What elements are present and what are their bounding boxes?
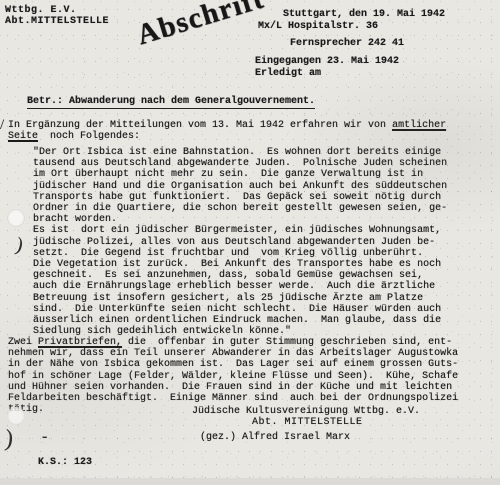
reference-address-line: Mx/L Hospitalstr. 36: [258, 21, 378, 32]
processed-stamp: Erledigt am: [255, 68, 321, 79]
abschrift-stamp: Abschrift: [133, 0, 268, 52]
pen-paren-mark-bottom: ): [4, 426, 15, 454]
scan-edge-strip: [0, 478, 500, 485]
closing-paragraph: Zwei Privatbriefen, die offenbar in gute…: [8, 337, 494, 415]
place-date-line: Stuttgart, den 19. Mai 1942: [283, 9, 445, 20]
phone-line: Fernsprecher 242 41: [290, 38, 404, 49]
letterhead-org-dept: Abt.MITTELSTELLE: [5, 16, 109, 27]
intro-paragraph: In Ergänzung der Mitteilungen vom 13. Ma…: [8, 120, 488, 142]
document-page: Wttbg. E.V. Abt.MITTELSTELLE Abschrift S…: [0, 0, 500, 485]
signature-name: (gez.) Alfred Israel Marx: [200, 432, 350, 443]
subject-text: Betr.: Abwanderung nach dem Generalgouve…: [27, 96, 315, 109]
punch-hole-bottom: [7, 407, 25, 425]
intro-text-before: In Ergänzung der Mitteilungen vom 13. Ma…: [8, 120, 392, 131]
signature-dept: Abt. MITTELSTELLE: [252, 417, 363, 428]
pen-slash-mark: /: [0, 117, 4, 134]
closing-text-underlined: Privatbriefen,: [38, 337, 122, 348]
quote-paragraph-1: "Der Ort Isbica ist eine Bahnstation. Es…: [33, 147, 447, 225]
punch-hole-top: [7, 209, 25, 227]
quoted-report-block: "Der Ort Isbica ist eine Bahnstation. Es…: [33, 147, 495, 337]
received-stamp: Eingegangen 23. Mai 1942: [255, 56, 399, 67]
quote-paragraph-2: Es ist dort ein jüdischer Bürgermeister,…: [33, 225, 441, 258]
subject-line: Betr.: Abwanderung nach dem Generalgouve…: [3, 85, 315, 119]
intro-text-after: noch Folgendes:: [38, 131, 140, 142]
signature-org: Jüdische Kultusvereinigung Wttbg. e.V.: [192, 406, 420, 417]
closing-text-after: die offenbar in guter Stimmung geschrieb…: [8, 337, 458, 415]
pen-dash-mark: -: [42, 428, 47, 446]
letterhead-org-abbrev: Wttbg. E.V.: [5, 5, 77, 16]
footer-reference: K.S.: 123: [38, 457, 92, 468]
closing-text-before: Zwei: [8, 337, 38, 348]
pen-paren-mark-top: ): [13, 234, 25, 258]
quote-paragraph-3: Die Vegetation ist zurück. Bei Ankunft d…: [33, 259, 441, 337]
